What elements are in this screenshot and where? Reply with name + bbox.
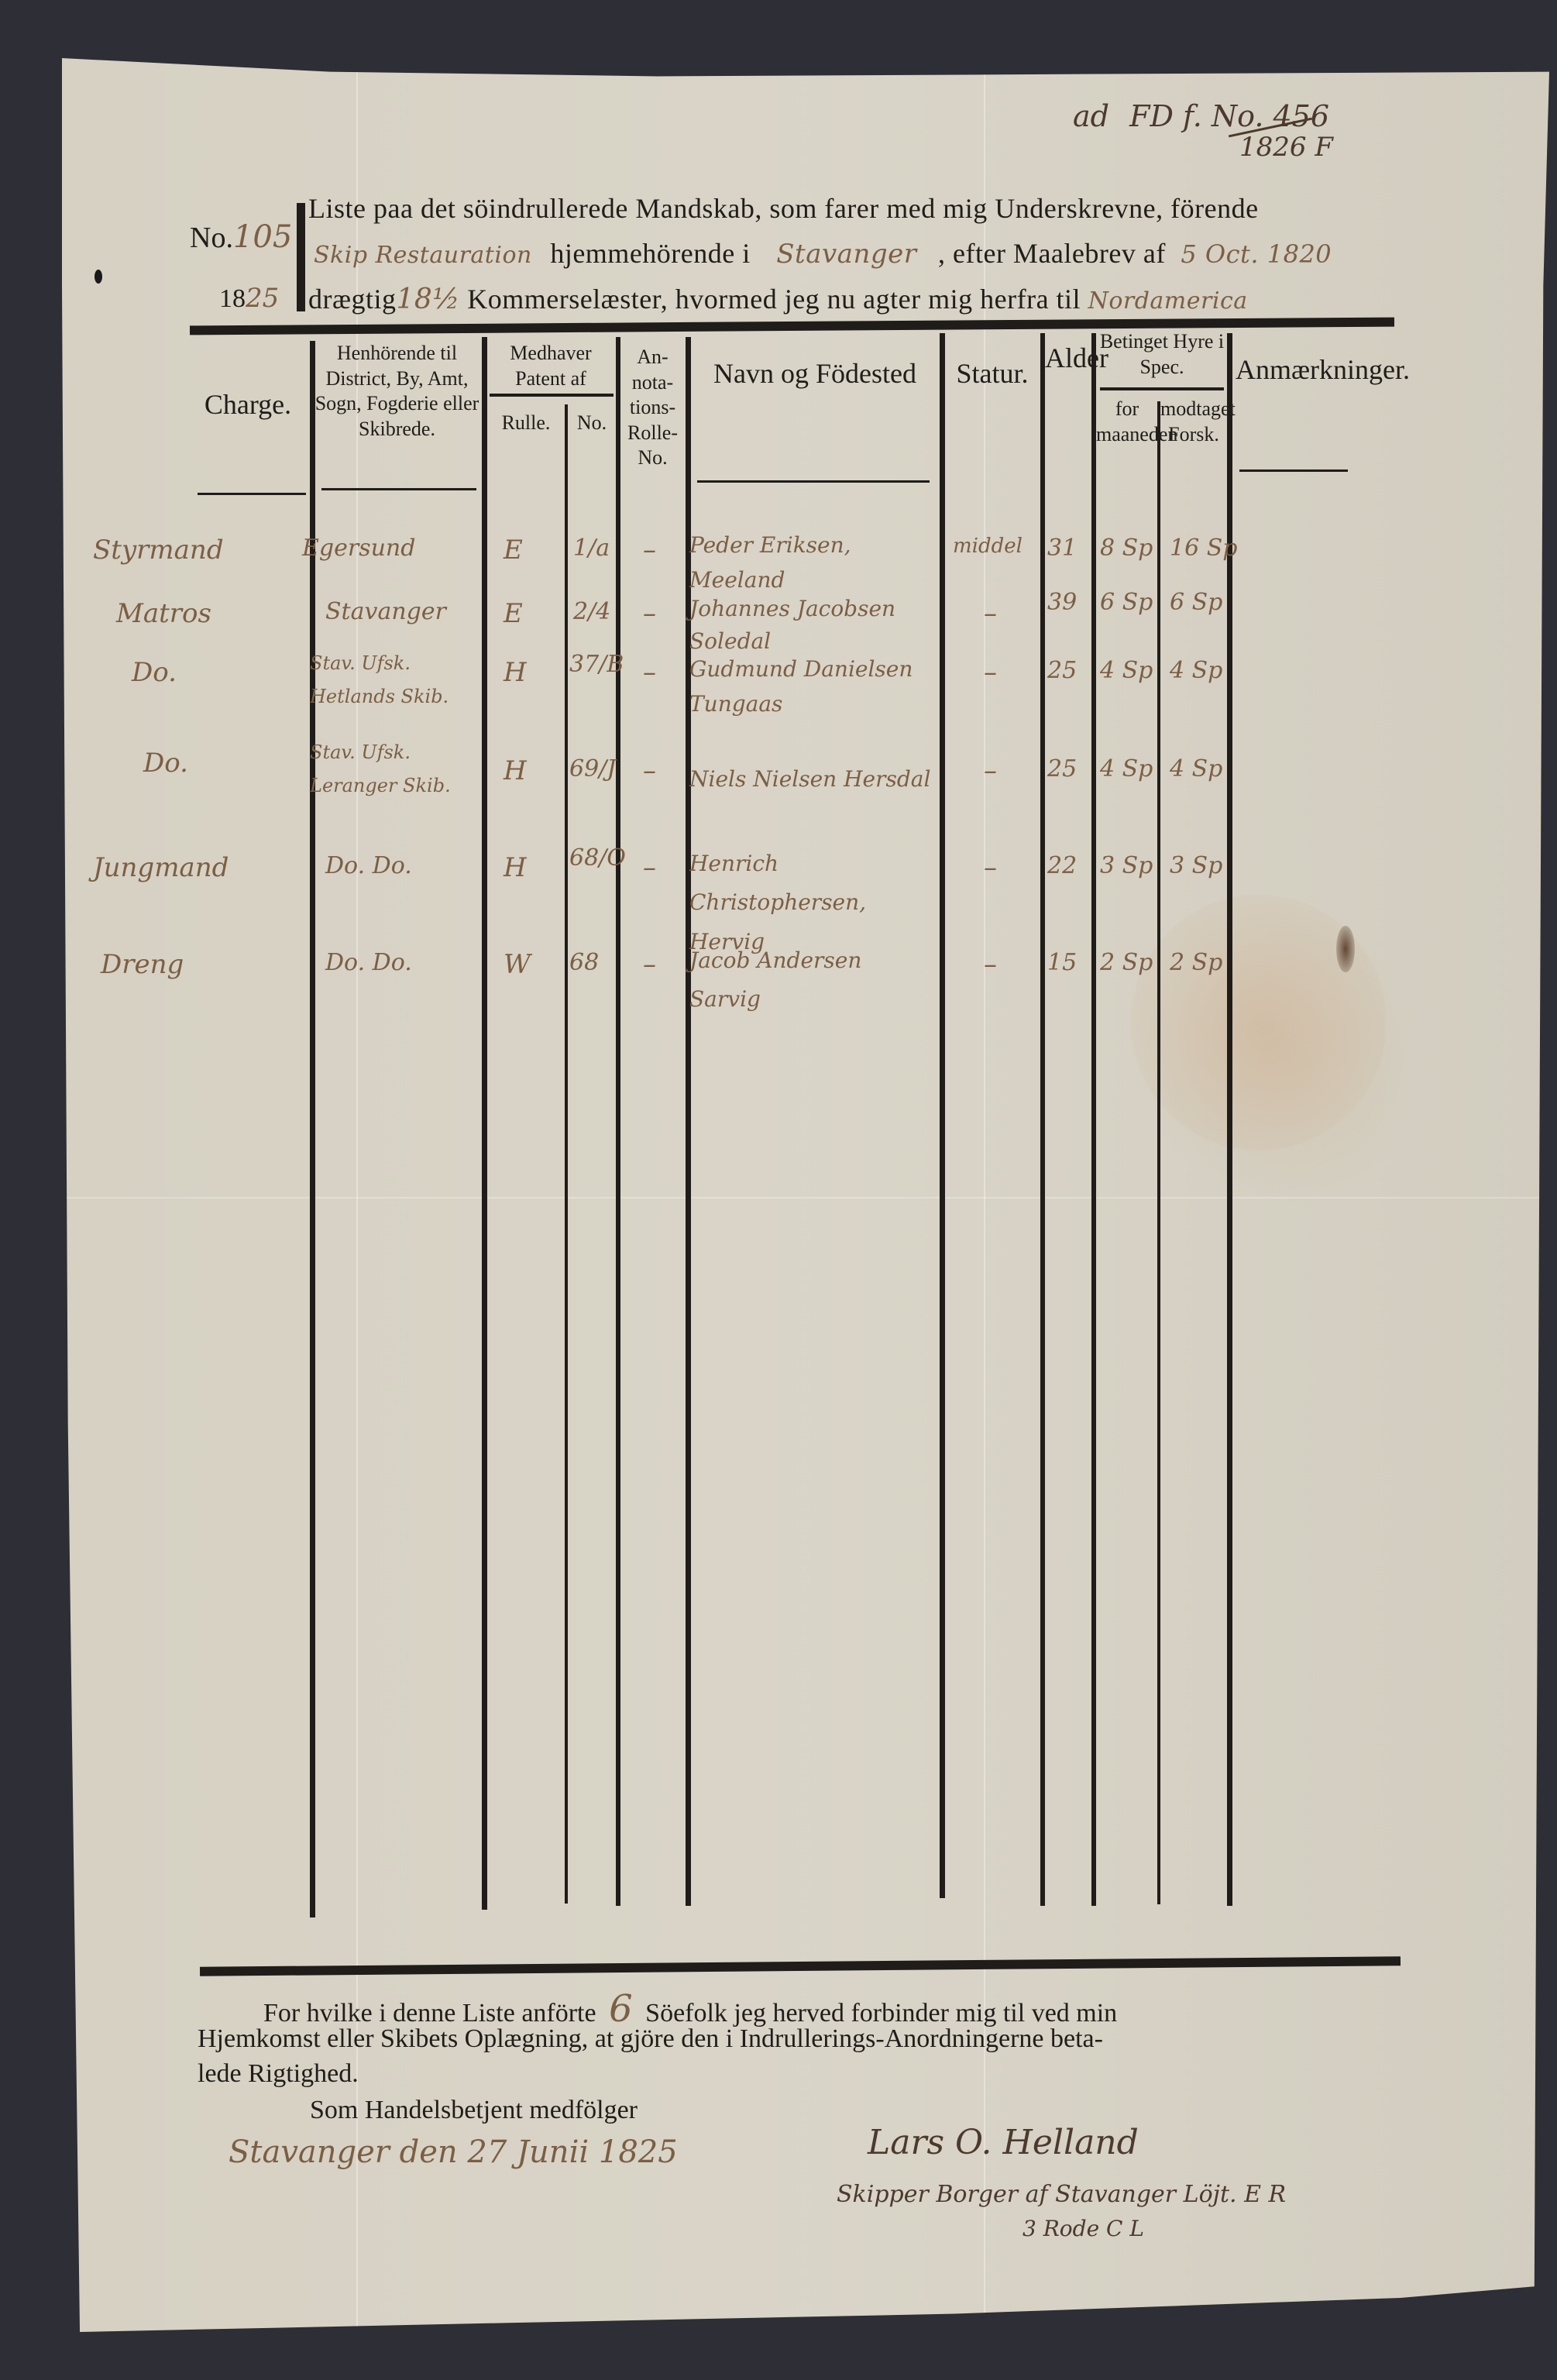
row-rulle: H (504, 755, 527, 786)
binding-hole (95, 270, 102, 284)
row-charge: Matros (116, 598, 211, 629)
row-statur: – (984, 755, 997, 786)
year-written: 25 (246, 283, 279, 314)
ship-name: Skip Restauration (314, 242, 532, 269)
row-alder: 22 (1047, 852, 1077, 879)
header-dash (198, 493, 306, 495)
col-header-advance: modtaget Forsk. (1160, 397, 1227, 447)
row-monthly: 4 Sp (1100, 755, 1153, 782)
signature-title-2: 3 Rode C L (1023, 2216, 1144, 2241)
row-advance: 4 Sp (1170, 657, 1222, 684)
row-charge: Dreng (101, 949, 184, 980)
row-no: 68 (569, 949, 599, 976)
col-header-rulle: Rulle. (488, 411, 564, 436)
row-name: Peder Eriksen, Meeland (689, 528, 937, 598)
signature-title: Skipper Borger af Stavanger Löjt. E R (837, 2181, 1286, 2208)
col-header-alder: Alder (1045, 341, 1091, 376)
row-annotation: – (643, 535, 656, 566)
row-alder: 25 (1047, 657, 1077, 684)
header-bracket (297, 203, 305, 311)
row-district: Do. Do. (325, 852, 412, 879)
row-no: 68/O (569, 844, 626, 872)
header-dash (321, 488, 476, 490)
col-header-patent: Medhaver Patent af (486, 341, 615, 391)
row-rulle: E (504, 598, 523, 629)
col-header-remarks: Anmærkninger. (1236, 353, 1348, 387)
row-charge: Styrmand (93, 535, 224, 566)
header-line-1: Liste paa det söindrullerede Mandskab, s… (308, 192, 1259, 225)
year-printed: 18 (219, 284, 246, 313)
row-advance: 6 Sp (1170, 589, 1222, 616)
list-number: No.105 (190, 219, 292, 255)
col-divider (310, 341, 315, 1917)
row-monthly: 4 Sp (1100, 657, 1153, 684)
row-charge: Do. (132, 657, 177, 688)
row-monthly: 8 Sp (1100, 535, 1153, 562)
list-year: 1825 (219, 283, 279, 314)
row-statur: – (984, 949, 997, 980)
col-header-statur: Statur. (945, 356, 1040, 391)
row-district: Stavanger (325, 598, 446, 625)
header-dash (697, 480, 930, 483)
col-divider (565, 404, 568, 1904)
row-annotation: – (643, 949, 656, 980)
row-advance: 16 Sp (1170, 535, 1237, 562)
header-line-3: drægtig18½ Kommerselæster, hvormed jeg n… (308, 283, 1248, 316)
row-monthly: 6 Sp (1100, 589, 1153, 616)
row-district: Stav. Ufsk. Hetlands Skib. (310, 647, 476, 714)
row-alder: 25 (1047, 755, 1077, 782)
no-label: No. (190, 222, 233, 254)
row-rulle: W (504, 949, 531, 980)
row-district: Egersund (302, 535, 415, 562)
row-no: 37/B (569, 651, 624, 678)
row-alder: 15 (1047, 949, 1077, 976)
col-divider (1091, 333, 1096, 1906)
archive-prefix: ad (1073, 99, 1109, 133)
row-rulle: E (504, 535, 523, 566)
col-divider (1157, 401, 1160, 1904)
col-divider (940, 333, 945, 1898)
col-header-charge: Charge. (186, 387, 310, 422)
burn-mark (1336, 926, 1355, 972)
col-header-no: No. (568, 411, 616, 436)
col-divider (616, 337, 620, 1906)
footer-line-2: Hjemkomst eller Skibets Oplægning, at gj… (198, 2022, 1103, 2056)
archive-number: FD f. No. 456 (1129, 99, 1329, 133)
no-value: 105 (233, 219, 292, 255)
row-monthly: 2 Sp (1100, 949, 1153, 976)
footer-line-4: Som Handelsbetjent medfölger (310, 2093, 638, 2127)
row-no: 2/4 (573, 598, 610, 625)
row-advance: 3 Sp (1170, 852, 1222, 879)
archive-ref: ad FD f. No. 456 (1073, 99, 1329, 133)
row-statur: – (984, 852, 997, 883)
row-district: Stav. Ufsk. Leranger Skib. (310, 736, 476, 803)
archive-year: 1826 F (1239, 132, 1333, 163)
row-name: Gudmund Danielsen Tungaas (689, 652, 937, 722)
col-divider (482, 337, 487, 1910)
row-alder: 39 (1047, 589, 1077, 616)
row-rulle: H (504, 657, 527, 688)
row-statur: – (984, 657, 997, 688)
hyre-subrule (1100, 387, 1224, 390)
header-dash (1239, 469, 1348, 472)
row-advance: 2 Sp (1170, 949, 1222, 976)
row-name: Jacob Andersen Sarvig (689, 941, 937, 1020)
row-charge: Do. (143, 748, 188, 779)
col-header-district: Henhörende til District, By, Amt, Sogn, … (314, 341, 480, 442)
row-rulle: H (504, 852, 527, 883)
fold-line (62, 1197, 1549, 1199)
row-monthly: 3 Sp (1100, 852, 1153, 879)
home-port: Stavanger (776, 239, 916, 270)
row-statur: – (984, 598, 997, 629)
row-statur: middel (953, 535, 1023, 558)
col-header-hyre: Betinget Hyre i Spec. (1096, 329, 1228, 380)
row-annotation: – (643, 598, 656, 629)
row-no: 69/J (569, 755, 616, 782)
row-advance: 4 Sp (1170, 755, 1222, 782)
row-annotation: – (643, 852, 656, 883)
row-annotation: – (643, 755, 656, 786)
place-and-date: Stavanger den 27 Junii 1825 (229, 2134, 678, 2170)
col-divider (1040, 333, 1045, 1906)
destination: Nordamerica (1088, 287, 1248, 315)
footer-line-3: lede Rigtighed. (198, 2057, 359, 2091)
col-header-annotation: An-nota-tions-Rolle-No. (620, 345, 686, 471)
patent-subrule (490, 394, 614, 397)
row-no: 1/a (573, 535, 610, 562)
header-line-2: Skip Restauration hjemmehörende i Stavan… (314, 237, 1332, 270)
col-header-monthly: for maaneden (1096, 397, 1158, 447)
row-alder: 31 (1047, 535, 1077, 562)
row-district: Do. Do. (325, 949, 412, 976)
measurement-date: 5 Oct. 1820 (1181, 239, 1332, 269)
row-annotation: – (643, 657, 656, 688)
row-name: Johannes Jacobsen Soledal (689, 593, 937, 658)
signature: Lars O. Helland (868, 2123, 1139, 2162)
col-divider (1227, 333, 1232, 1906)
row-charge: Jungmand (93, 852, 229, 883)
tonnage: 18½ (397, 284, 460, 315)
row-name: Niels Nielsen Hersdal (689, 755, 937, 803)
col-header-name: Navn og Födested (691, 356, 939, 391)
